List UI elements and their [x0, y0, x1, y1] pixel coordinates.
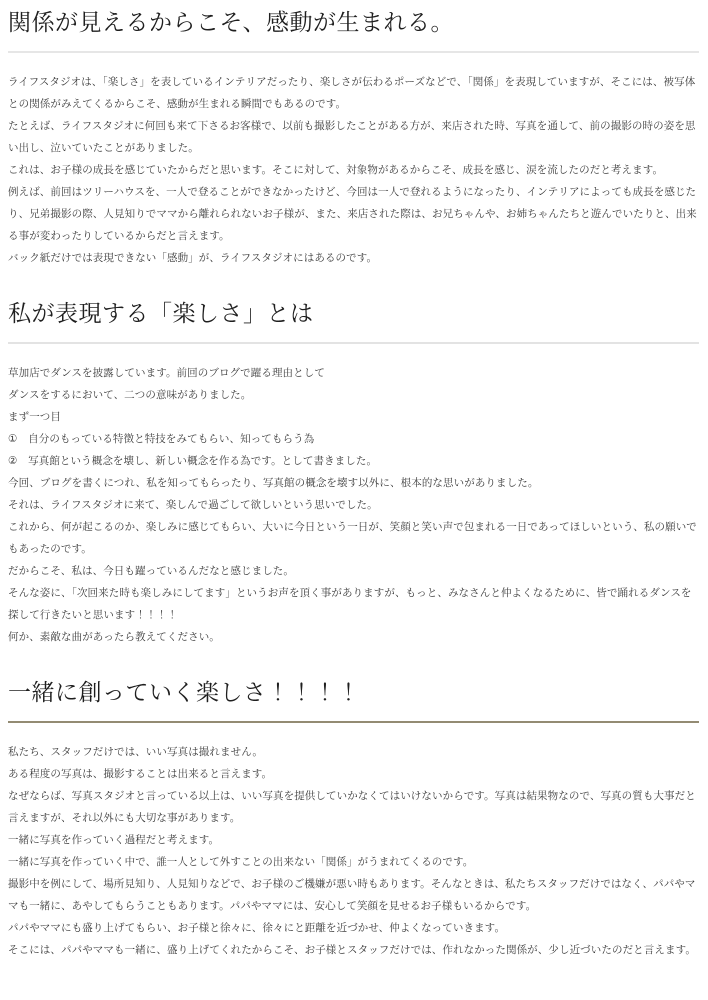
paragraph: 撮影中を例にして、場所見知り、人見知りなどで、お子様のご機嫌が悪い時もあります。… — [8, 873, 699, 917]
paragraph: それは、ライフスタジオに来て、楽しんで過ごして欲しいという思いでした。 — [8, 494, 699, 516]
section-body: 私たち、スタッフだけでは、いい写真は撮れません。 ある程度の写真は、撮影すること… — [8, 741, 699, 961]
section-divider — [8, 721, 699, 723]
paragraph: たとえば、ライフスタジオに何回も来て下さるお客様で、以前も撮影したことがある方が… — [8, 115, 699, 159]
section-body: ライフスタジオは、「楽しさ」を表しているインテリアだったり、楽しさが伝わるポーズ… — [8, 71, 699, 269]
paragraph: ① 自分のもっている特徴と特技をみてもらい、知ってもらう為 — [8, 428, 699, 450]
section-heading: 一緒に創っていく楽しさ！！！！ — [8, 676, 699, 708]
paragraph: ② 写真館という概念を壊し、新しい概念を作る為です。として書きました。 — [8, 450, 699, 472]
section-body: 草加店でダンスを披露しています。前回のブログで躍る理由として ダンスをするにおい… — [8, 362, 699, 648]
paragraph: まず一つ目 — [8, 406, 699, 428]
paragraph: これから、何が起こるのか、楽しみに感じてもらい、大いに今日という一日が、笑顔と笑… — [8, 516, 699, 560]
paragraph: 一緒に写真を作っていく過程だと考えます。 — [8, 829, 699, 851]
section-kandou: 関係が見えるからこそ、感動が生まれる。 ライフスタジオは、「楽しさ」を表している… — [8, 6, 699, 269]
paragraph: そんな姿に、「次回来た時も楽しみにしてます」というお声を頂く事がありますが、もっ… — [8, 582, 699, 626]
paragraph: だからこそ、私は、今日も躍っているんだなと感じました。 — [8, 560, 699, 582]
paragraph: ダンスをするにおいて、二つの意味がありました。 — [8, 384, 699, 406]
paragraph: 草加店でダンスを披露しています。前回のブログで躍る理由として — [8, 362, 699, 384]
paragraph: 今回、ブログを書くにつれ、私を知ってもらったり、写真館の概念を壊す以外に、根本的… — [8, 472, 699, 494]
paragraph: 何か、素敵な曲があったら教えてください。 — [8, 626, 699, 648]
paragraph: 私たち、スタッフだけでは、いい写真は撮れません。 — [8, 741, 699, 763]
section-tanoshisa: 私が表現する「楽しさ」とは 草加店でダンスを披露しています。前回のブログで躍る理… — [8, 297, 699, 648]
section-heading: 関係が見えるからこそ、感動が生まれる。 — [8, 6, 699, 38]
paragraph: これは、お子様の成長を感じていたからだと思います。そこに対して、対象物があるから… — [8, 159, 699, 181]
paragraph: パパやママにも盛り上げてもらい、お子様と徐々に、徐々にと距離を近づかせ、仲よくな… — [8, 917, 699, 939]
paragraph: 一緒に写真を作っていく中で、誰一人として外すことの出来ない「関係」がうまれてくる… — [8, 851, 699, 873]
paragraph: そこには、パパやママも一緒に、盛り上げてくれたからこそ、お子様とスタッフだけでは… — [8, 939, 699, 961]
section-heading: 私が表現する「楽しさ」とは — [8, 297, 699, 329]
paragraph: 例えば、前回はツリーハウスを、一人で登ることができなかったけど、今回は一人で登れ… — [8, 181, 699, 247]
section-issho: 一緒に創っていく楽しさ！！！！ 私たち、スタッフだけでは、いい写真は撮れません。… — [8, 676, 699, 961]
paragraph: ライフスタジオは、「楽しさ」を表しているインテリアだったり、楽しさが伝わるポーズ… — [8, 71, 699, 115]
blog-article: 関係が見えるからこそ、感動が生まれる。 ライフスタジオは、「楽しさ」を表している… — [0, 0, 708, 991]
paragraph: ある程度の写真は、撮影することは出来ると言えます。 — [8, 763, 699, 785]
paragraph: バック紙だけでは表現できない「感動」が、ライフスタジオにはあるのです。 — [8, 247, 699, 269]
paragraph: なぜならば、写真スタジオと言っている以上は、いい写真を提供していかなくてはいけな… — [8, 785, 699, 829]
section-divider — [8, 342, 699, 344]
section-divider — [8, 51, 699, 53]
